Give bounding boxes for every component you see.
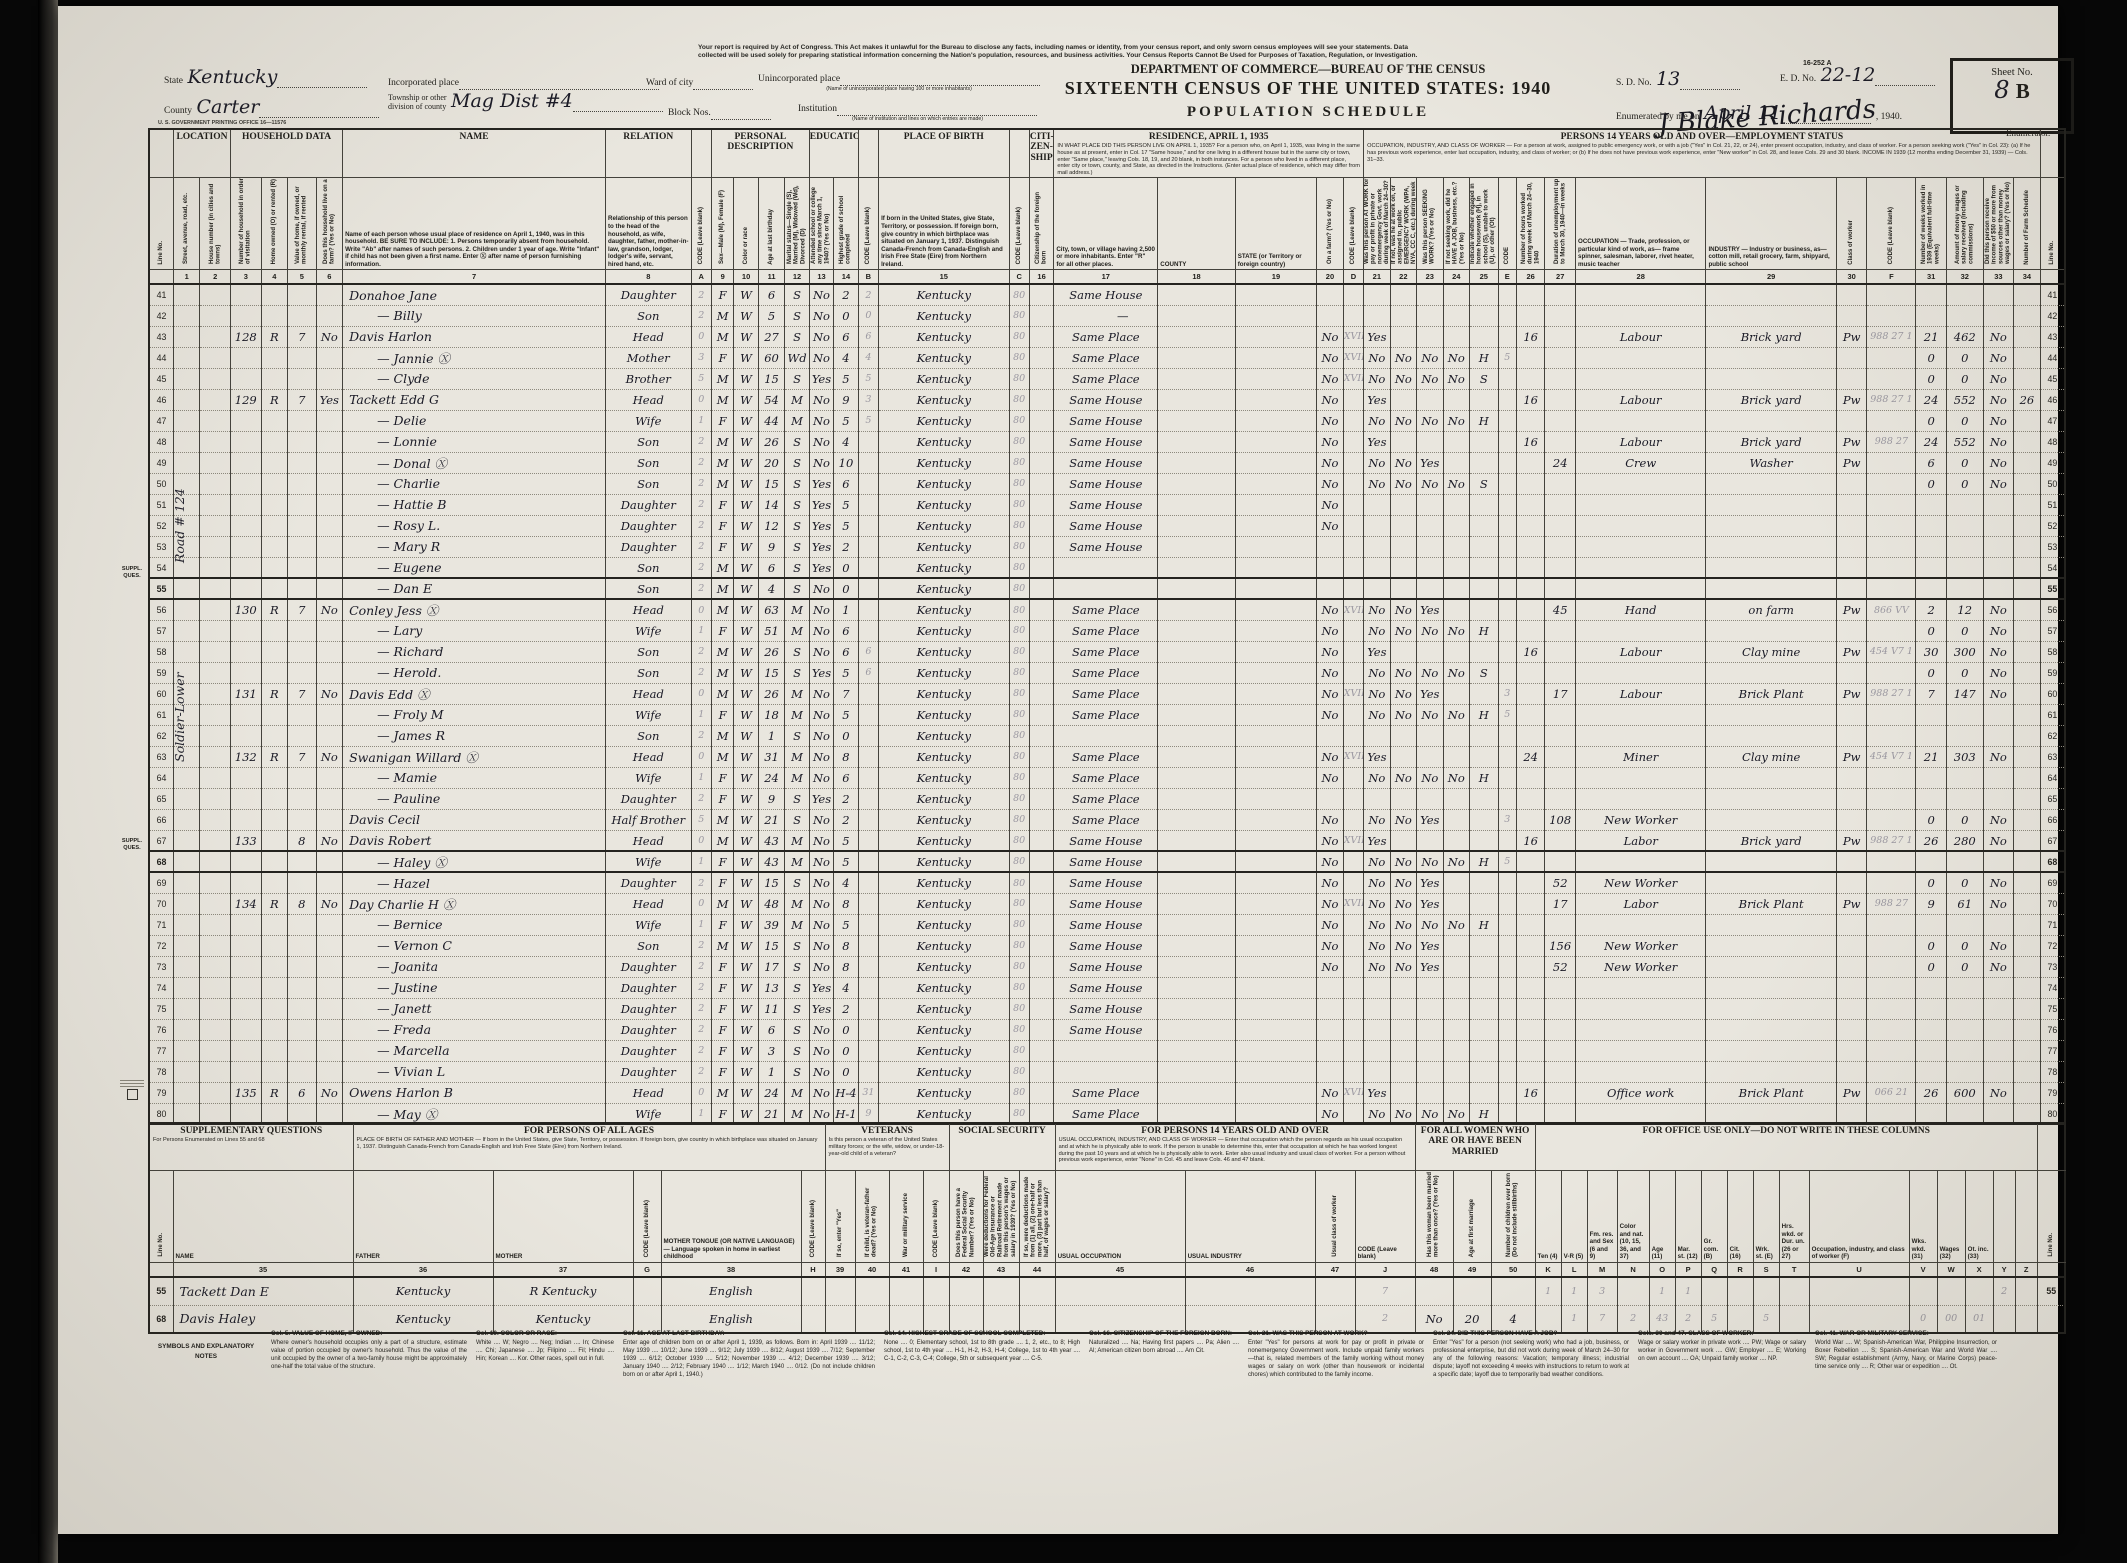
cell-r_farm	[1317, 578, 1343, 599]
cell-cC: 80	[1009, 620, 1029, 641]
cell-line: 69	[149, 872, 173, 893]
col-header-Q: Gr. com. (B)	[1701, 1171, 1727, 1263]
cell-V: 0	[1909, 1305, 1937, 1333]
cell-cE	[1498, 935, 1516, 956]
cell-hrs	[1516, 914, 1545, 935]
cell-mar: M	[785, 620, 809, 641]
cell-mar: M	[785, 746, 809, 767]
cell-L: 1	[1561, 1305, 1587, 1333]
cell-cC: 80	[1009, 1061, 1029, 1082]
col-header-name: Name of each person whose usual place of…	[343, 178, 606, 270]
col-number: 8	[605, 270, 691, 285]
col-header-r_county: COUNTY	[1158, 178, 1235, 270]
cell-sex: M	[711, 1082, 733, 1103]
cell-cF	[1867, 536, 1916, 557]
col-header-c25: Indicate whether engaged in home housewo…	[1470, 178, 1499, 270]
cell-pob: Kentucky	[879, 1040, 1009, 1061]
cell-cit	[1029, 410, 1053, 431]
cell-r_county	[1158, 515, 1235, 536]
cell-name: — Bernice	[343, 914, 606, 935]
cell-c21: No	[1364, 599, 1390, 620]
cell-r_city: Same House	[1054, 872, 1158, 893]
cell-cA: 2	[691, 1019, 711, 1040]
cell-farm: No	[316, 326, 342, 347]
cell-cit	[1029, 473, 1053, 494]
cell-line: 62	[2040, 725, 2065, 746]
cell-c25	[1470, 305, 1499, 326]
cell-cit	[1029, 767, 1053, 788]
cell-cD	[1343, 305, 1363, 326]
cell-wks: 0	[1916, 620, 1947, 641]
township-value: Mag Dist #4	[451, 90, 573, 112]
cell-cD	[1343, 935, 1363, 956]
cell-r_city: Same Place	[1054, 683, 1158, 704]
cell-c24: No	[1443, 368, 1469, 389]
col-header-Y	[1993, 1171, 2015, 1263]
cell-occ	[1576, 368, 1706, 389]
cell-r_city: Same Place	[1054, 767, 1158, 788]
cell-cF	[1867, 368, 1916, 389]
cell-race: W	[734, 620, 758, 641]
cell-line: 63	[149, 746, 173, 767]
table-row: 60131R7NoDavis Edd ⓍHead0MW26MNo7Kentuck…	[149, 683, 2065, 704]
cell-sch: No	[809, 851, 833, 872]
supp-question-tag-68: SUPPL. QUES.	[117, 838, 147, 853]
table-row: 66Davis CecilHalf Brother5MW21SNo2Kentuc…	[149, 809, 2065, 830]
cell-c21: No	[1364, 704, 1390, 725]
cell-hh: 131	[231, 683, 262, 704]
cell-cD	[1343, 809, 1363, 830]
cell-own: R	[261, 1082, 287, 1103]
cell-c21: Yes	[1364, 326, 1390, 347]
cell-cB	[858, 1061, 878, 1082]
cell-cF	[1867, 914, 1916, 935]
cell-c24	[1443, 515, 1469, 536]
cell-line: 55	[149, 578, 173, 599]
cell-pob: Kentucky	[879, 452, 1009, 473]
cell-val	[288, 851, 317, 872]
cell-val	[288, 284, 317, 305]
cell-own	[261, 851, 287, 872]
cell-c24: —	[1443, 746, 1469, 767]
cell-fsch	[2014, 620, 2041, 641]
cell-farm	[316, 557, 342, 578]
cell-line: 50	[2040, 473, 2065, 494]
col-number: E	[1498, 270, 1516, 285]
cell-occ: Labour	[1576, 389, 1706, 410]
cell-hh	[231, 410, 262, 431]
state-label: State	[164, 76, 183, 86]
col-header-X: Ot. inc. (33)	[1965, 1171, 1993, 1263]
cell-fsch	[2014, 1061, 2041, 1082]
cell-c22	[1390, 1040, 1416, 1061]
cell-wks	[1916, 1019, 1947, 1040]
cell-line: 79	[2040, 1082, 2065, 1103]
cell-val: 7	[288, 599, 317, 620]
street-name-upper: Road # 124	[172, 442, 198, 610]
cell-occ	[1576, 620, 1706, 641]
cell-occ	[1576, 998, 1706, 1019]
cell-farm	[316, 914, 342, 935]
cell-r_county	[1158, 830, 1235, 851]
cell-mar: S	[785, 536, 809, 557]
cell-name: Davis Cecil	[343, 809, 606, 830]
cell-c25: H	[1470, 767, 1499, 788]
cell-own	[261, 410, 287, 431]
cell-own	[261, 956, 287, 977]
table-row: 76— FredaDaughter2FW6SNo0Kentucky80Same …	[149, 1019, 2065, 1040]
cell-wage	[1946, 494, 1983, 515]
cell-fsch	[2014, 977, 2041, 998]
cell-cF	[1867, 977, 1916, 998]
cell-pob: Kentucky	[879, 872, 1009, 893]
cell-name: — Delie	[343, 410, 606, 431]
cell-pob: Kentucky	[879, 662, 1009, 683]
cell-cls	[1836, 977, 1867, 998]
cell-name: Day Charlie H Ⓧ	[343, 893, 606, 914]
cell-occ	[1576, 662, 1706, 683]
cell-r_city: Same Place	[1054, 620, 1158, 641]
cell-c22: No	[1390, 872, 1416, 893]
cell-cA: 0	[691, 389, 711, 410]
cell-pob: Kentucky	[879, 326, 1009, 347]
cell-cE	[1498, 872, 1516, 893]
cell-cC: 80	[1009, 704, 1029, 725]
cell-cA: 3	[691, 347, 711, 368]
cell-farm	[316, 620, 342, 641]
cell-grade: 8	[834, 956, 858, 977]
cell-race: W	[734, 872, 758, 893]
cell-cB	[858, 830, 878, 851]
cell-mar: S	[785, 998, 809, 1019]
cell-pob: Kentucky	[879, 809, 1009, 830]
cell-oth	[1983, 977, 2014, 998]
cell-K	[1535, 1305, 1561, 1333]
cell-c45	[1055, 1305, 1185, 1333]
group-header	[2037, 1123, 2065, 1171]
cell-farm: No	[316, 683, 342, 704]
cell-c24: No	[1443, 620, 1469, 641]
cell-rel: Daughter	[605, 956, 691, 977]
cell-c25	[1470, 284, 1499, 305]
cell-cD	[1343, 452, 1363, 473]
cell-cC: 80	[1009, 935, 1029, 956]
note-title: Col. 21. WAS THIS PERSON AT WORK?	[1248, 1330, 1424, 1338]
cell-line: 52	[2040, 515, 2065, 536]
cell-cB: 2	[858, 284, 878, 305]
cell-line: 73	[2040, 956, 2065, 977]
cell-farm	[316, 515, 342, 536]
cell-val	[288, 935, 317, 956]
cell-wks: 0	[1916, 368, 1947, 389]
cell-cB	[858, 578, 878, 599]
cell-cit	[1029, 1019, 1053, 1040]
cell-farm: No	[316, 1082, 342, 1103]
cell-pob: Kentucky	[879, 851, 1009, 872]
cell-age: 27	[758, 326, 784, 347]
cell-house	[200, 494, 231, 515]
cell-r_state	[1235, 746, 1317, 767]
census-sheet: Your report is required by Act of Congre…	[58, 6, 2058, 1534]
cell-r_state	[1235, 1061, 1317, 1082]
cell-age: 15	[758, 662, 784, 683]
cell-hh	[231, 473, 262, 494]
cell-house	[200, 830, 231, 851]
cell-val	[288, 515, 317, 536]
cell-own: R	[261, 893, 287, 914]
cell-race: W	[734, 641, 758, 662]
cell-cC: 80	[1009, 515, 1029, 536]
cell-pob: Kentucky	[879, 1061, 1009, 1082]
table-row: 72— Vernon CSon2MW15SNo8Kentucky80Same H…	[149, 935, 2065, 956]
table-row: 42— BillySon2MW5SNo00Kentucky80—42	[149, 305, 2065, 326]
cell-line: 78	[149, 1061, 173, 1082]
cell-sex: M	[711, 389, 733, 410]
cell-r_county	[1158, 746, 1235, 767]
cell-c25: S	[1470, 473, 1499, 494]
state-field: State Kentucky	[164, 70, 367, 88]
col-number: V	[1909, 1263, 1937, 1278]
cell-grade: 5	[834, 704, 858, 725]
cell-oth	[1983, 788, 2014, 809]
cell-c22	[1390, 536, 1416, 557]
cell-r_state	[1235, 914, 1317, 935]
explanatory-notes: SYMBOLS AND EXPLANATORY NOTESCol. 5. VAL…	[150, 1330, 2066, 1379]
cell-occ: Hand	[1576, 599, 1706, 620]
cell-occ: New Worker	[1576, 872, 1706, 893]
cell-Z	[2015, 1305, 2037, 1333]
cell-cF	[1867, 788, 1916, 809]
county-value: Carter	[196, 96, 259, 118]
supplementary-questions-table: SUPPLEMENTARY QUESTIONSFor Persons Enume…	[148, 1122, 2066, 1334]
cell-val	[288, 1040, 317, 1061]
cell-street	[173, 1061, 199, 1082]
cell-c21	[1364, 1061, 1390, 1082]
cell-c25: —	[1470, 641, 1499, 662]
cell-wage	[1946, 1040, 1983, 1061]
cell-own	[261, 1019, 287, 1040]
cell-farm	[316, 578, 342, 599]
cell-cA: 2	[691, 1061, 711, 1082]
cell-c21: No	[1364, 956, 1390, 977]
cell-sch: Yes	[809, 368, 833, 389]
cell-cA: 2	[691, 956, 711, 977]
cell-age: 18	[758, 704, 784, 725]
cell-c21	[1364, 515, 1390, 536]
cell-cB	[858, 431, 878, 452]
cell-r_state	[1235, 893, 1317, 914]
cell-cA: 2	[691, 557, 711, 578]
cell-house	[200, 284, 231, 305]
cell-val	[288, 368, 317, 389]
cell-val	[288, 410, 317, 431]
cell-street	[173, 368, 199, 389]
cell-wks: 0	[1916, 347, 1947, 368]
cell-cE	[1498, 641, 1516, 662]
cell-farm	[316, 998, 342, 1019]
cell-own	[261, 1040, 287, 1061]
legal-notice-line1: Your report is required by Act of Congre…	[698, 44, 1638, 52]
cell-name: — Joanita	[343, 956, 606, 977]
cell-street	[173, 977, 199, 998]
col-header-r_farm: On a farm? (Yes or No)	[1317, 178, 1343, 270]
cell-r_city: Same House	[1054, 977, 1158, 998]
cell-own	[261, 935, 287, 956]
cell-c21: Yes	[1364, 641, 1390, 662]
cell-hh	[231, 368, 262, 389]
cell-oth: No	[1983, 431, 2014, 452]
cell-wks: 0	[1916, 872, 1947, 893]
cell-dur	[1545, 1019, 1576, 1040]
cell-c42	[949, 1277, 983, 1305]
cell-pob: Kentucky	[879, 683, 1009, 704]
col-header-P: Mar. st. (12)	[1675, 1171, 1701, 1263]
col-header-house: House number (in cities and towns)	[200, 178, 231, 270]
cell-cA: 0	[691, 599, 711, 620]
cell-house	[200, 662, 231, 683]
cell-sex: F	[711, 347, 733, 368]
note-block: Col. 24. DID THIS PERSON HAVE A JOB?Ente…	[1433, 1330, 1629, 1379]
cell-val	[288, 1061, 317, 1082]
cell-fsch	[2014, 998, 2041, 1019]
cell-cit	[1029, 452, 1053, 473]
cell-age: 9	[758, 536, 784, 557]
col-number: 22	[1390, 270, 1416, 285]
cell-cit	[1029, 389, 1053, 410]
cell-grade: 8	[834, 893, 858, 914]
cell-occ: Office work	[1576, 1082, 1706, 1103]
cell-r_county	[1158, 809, 1235, 830]
cell-hh	[231, 956, 262, 977]
cell-c21: Yes	[1364, 1082, 1390, 1103]
col-number	[2037, 1263, 2065, 1278]
cell-Q: 5	[1701, 1305, 1727, 1333]
cell-name: — Mary R	[343, 536, 606, 557]
cell-street	[173, 893, 199, 914]
cell-r_city	[1054, 557, 1158, 578]
cell-mar: S	[785, 956, 809, 977]
cell-line: 42	[2040, 305, 2065, 326]
table-row: 68— Haley ⓍWife1FW43MNo5Kentucky80Same H…	[149, 851, 2065, 872]
cell-r_county	[1158, 956, 1235, 977]
cell-line: 56	[149, 599, 173, 620]
cell-cC: 80	[1009, 1082, 1029, 1103]
note-body: Naturalized .... Na; Having first papers…	[1089, 1340, 1239, 1356]
cell-c21	[1364, 977, 1390, 998]
col-header-cC: CODE (Leave blank)	[1009, 178, 1029, 270]
cell-sex: F	[711, 1040, 733, 1061]
cell-age: 44	[758, 410, 784, 431]
cell-house	[200, 620, 231, 641]
cell-cF	[1867, 473, 1916, 494]
cell-house	[200, 1019, 231, 1040]
cell-age: 15	[758, 368, 784, 389]
cell-c23	[1417, 977, 1443, 998]
cell-ind	[1706, 1019, 1836, 1040]
cell-line: 62	[149, 725, 173, 746]
cell-c25: —	[1470, 1082, 1499, 1103]
col-number: 50	[1491, 1263, 1535, 1278]
cell-dur	[1545, 1061, 1576, 1082]
cell-M: 7	[1587, 1305, 1617, 1333]
cell-rel: Head	[605, 893, 691, 914]
table-row: 64— MamieWife1FW24MNo6Kentucky80Same Pla…	[149, 767, 2065, 788]
cell-fsch	[2014, 893, 2041, 914]
cell-c50: 4	[1491, 1305, 1535, 1333]
cell-r_farm: No	[1317, 809, 1343, 830]
cell-c23: No	[1417, 473, 1443, 494]
cell-rel: Son	[605, 578, 691, 599]
cell-c21: No	[1364, 851, 1390, 872]
cell-fsch	[2014, 284, 2041, 305]
cell-c24	[1443, 1019, 1469, 1040]
cell-sex: F	[711, 515, 733, 536]
cell-cls: Pw	[1836, 326, 1867, 347]
cell-cls	[1836, 515, 1867, 536]
cell-c46	[1185, 1277, 1315, 1305]
cell-pob: Kentucky	[879, 578, 1009, 599]
cell-cit	[1029, 746, 1053, 767]
cell-c25	[1470, 515, 1499, 536]
cell-street	[173, 956, 199, 977]
cell-mar: M	[785, 389, 809, 410]
cell-r_county	[1158, 305, 1235, 326]
cell-oth	[1983, 305, 2014, 326]
cell-occ	[1576, 914, 1706, 935]
cell-sex: M	[711, 368, 733, 389]
col-number: 1	[173, 270, 199, 285]
unincorporated-note: (Name of unincorporated place having 100…	[758, 86, 1040, 92]
table-row: 48— LonnieSon2MW26SNo4Kentucky80Same Hou…	[149, 431, 2065, 452]
cell-cC: 80	[1009, 494, 1029, 515]
cell-c21: No	[1364, 620, 1390, 641]
cell-cB	[858, 1019, 878, 1040]
cell-rel: Half Brother	[605, 809, 691, 830]
cell-oth: No	[1983, 1082, 2014, 1103]
cell-farm	[316, 809, 342, 830]
cell-wage	[1946, 536, 1983, 557]
cell-wks	[1916, 1040, 1947, 1061]
cell-line: 55	[149, 1277, 173, 1305]
cell-cit	[1029, 830, 1053, 851]
cell-cit	[1029, 872, 1053, 893]
cell-r_city: Same House	[1054, 515, 1158, 536]
cell-street	[173, 347, 199, 368]
cell-hh	[231, 431, 262, 452]
cell-r_state	[1235, 536, 1317, 557]
cell-ind: Brick Plant	[1706, 683, 1836, 704]
cell-street	[173, 998, 199, 1019]
cell-wage	[1946, 557, 1983, 578]
cell-wks	[1916, 767, 1947, 788]
cell-rel: Head	[605, 746, 691, 767]
cell-wage: 280	[1946, 830, 1983, 851]
cell-sex: M	[711, 662, 733, 683]
cell-r_state	[1235, 578, 1317, 599]
cell-age: 3	[758, 1040, 784, 1061]
cell-val	[288, 998, 317, 1019]
cell-cF: 066 21	[1867, 1082, 1916, 1103]
cell-line: 44	[2040, 347, 2065, 368]
cell-hrs: 24	[1516, 746, 1545, 767]
cell-c25: —	[1470, 746, 1499, 767]
cell-cA: 1	[691, 851, 711, 872]
cell-cB	[858, 767, 878, 788]
col-number: L	[1561, 1263, 1587, 1278]
cell-ind: Clay mine	[1706, 746, 1836, 767]
cell-occ: Labor	[1576, 893, 1706, 914]
cell-oth	[1983, 494, 2014, 515]
